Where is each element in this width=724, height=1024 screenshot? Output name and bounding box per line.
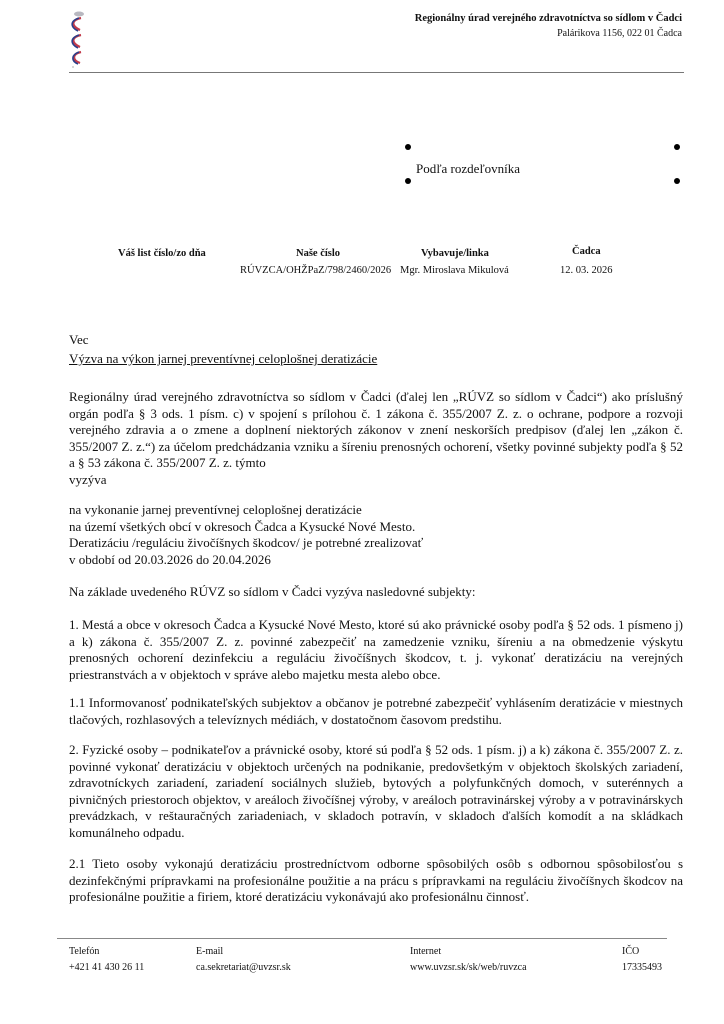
call-word: vyzýva (69, 472, 683, 489)
recipient: Podľa rozdeľovníka (416, 161, 520, 177)
handled-by-value: Mgr. Miroslava Mikulová (400, 265, 509, 276)
header-divider (69, 72, 684, 73)
call-block: na vykonanie jarnej preventívnej celoplo… (69, 502, 683, 568)
footer-ico-value: 17335493 (622, 962, 662, 973)
subject-label: Vec (69, 332, 683, 349)
header-address: Palárikova 1156, 022 01 Čadca (557, 28, 682, 39)
subject-title-wrap: Výzva na výkon jarnej preventívnej celop… (69, 351, 683, 368)
address-corner-mark (674, 178, 680, 184)
footer-divider (57, 938, 667, 939)
header-organization: Regionálny úrad verejného zdravotníctva … (415, 13, 682, 24)
handled-by-label: Vybavuje/linka (421, 248, 489, 259)
intro-paragraph: Regionálny úrad verejného zdravotníctva … (69, 389, 683, 472)
subject-title: Výzva na výkon jarnej preventívnej celop… (69, 351, 377, 366)
point-1-1: 1.1 Informovanosť podnikateľských subjek… (69, 695, 683, 728)
point-2-1: 2.1 Tieto osoby vykonajú deratizáciu pro… (69, 856, 683, 906)
point-1: 1. Mestá a obce v okresoch Čadca a Kysuc… (69, 617, 683, 683)
our-number-value: RÚVZCA/OHŽPaZ/798/2460/2026 (240, 265, 391, 276)
call-line: Deratizáciu /reguláciu živočíšnych škodc… (69, 535, 683, 552)
lead-in: Na základe uvedeného RÚVZ so sídlom v Ča… (69, 584, 683, 601)
footer-internet-label: Internet (410, 946, 441, 957)
ruvz-logo-icon (67, 10, 89, 68)
point-2: 2. Fyzické osoby – podnikateľov a právni… (69, 742, 683, 842)
address-corner-mark (674, 144, 680, 150)
footer-email-value: ca.sekretariat@uvzsr.sk (196, 962, 291, 973)
our-number-label: Naše číslo (296, 248, 340, 259)
footer-internet-value: www.uvzsr.sk/sk/web/ruvzca (410, 962, 527, 973)
address-corner-mark (405, 178, 411, 184)
call-line: na území všetkých obcí v okresoch Čadca … (69, 519, 683, 536)
call-line: na vykonanie jarnej preventívnej celoplo… (69, 502, 683, 519)
place-label: Čadca (572, 246, 601, 257)
call-line: v období od 20.03.2026 do 20.04.2026 (69, 552, 683, 569)
footer-ico-label: IČO (622, 946, 639, 957)
footer-email-label: E-mail (196, 946, 223, 957)
address-corner-mark (405, 144, 411, 150)
your-letter-label: Váš list číslo/zo dňa (118, 248, 206, 259)
intro-section: Regionálny úrad verejného zdravotníctva … (69, 389, 683, 489)
footer-phone-label: Telefón (69, 946, 99, 957)
date-value: 12. 03. 2026 (560, 265, 613, 276)
footer-phone-value: +421 41 430 26 11 (69, 962, 144, 973)
